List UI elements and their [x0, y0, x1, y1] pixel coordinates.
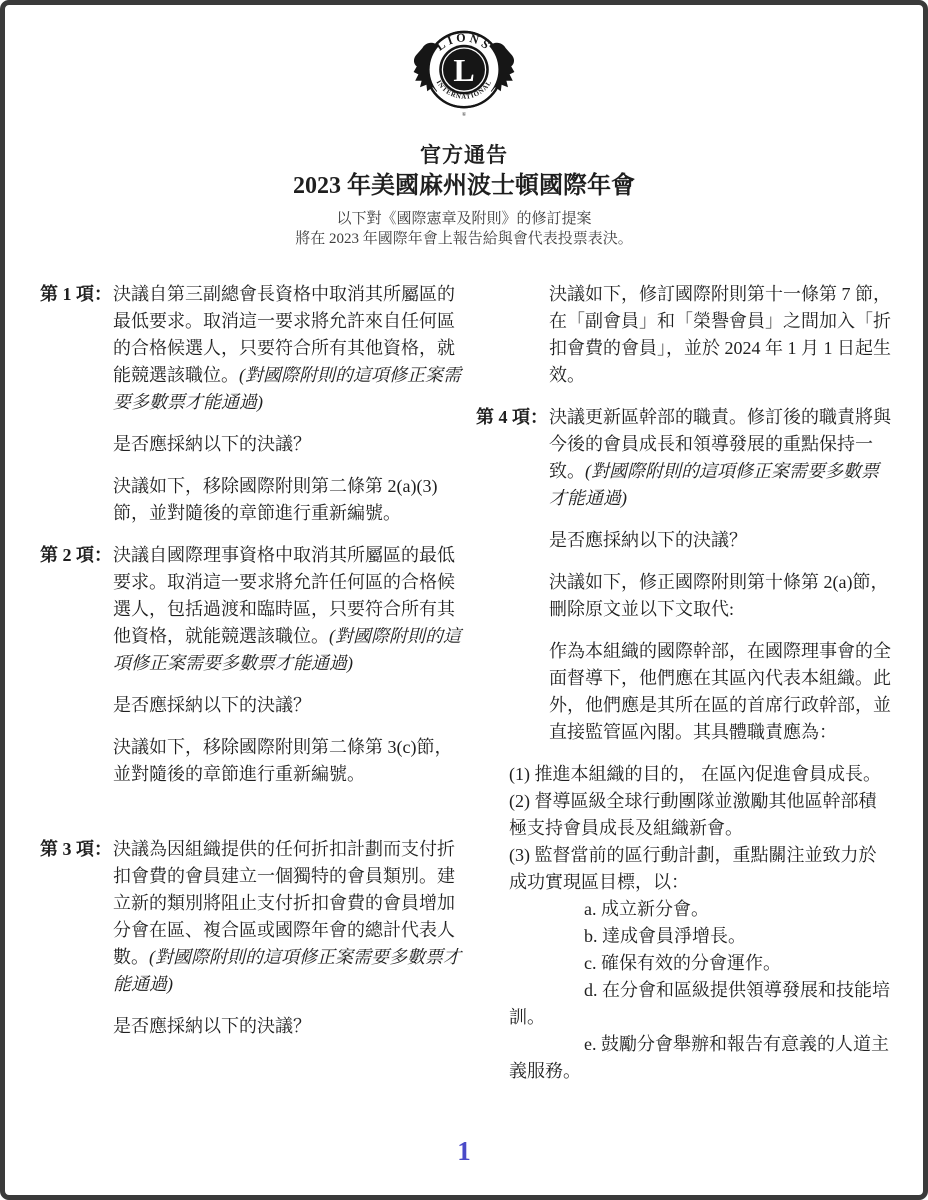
item-2-label: 第 2 項： — [40, 542, 112, 569]
document-subtitle: 以下對《國際憲章及附則》的修訂提案 將在 2023 年國際年會上報告給與會代表投… — [5, 209, 923, 249]
goals-list: a. 成立新分會。 b. 達成會員淨增長。 c. 確保有效的分會運作。 d. 在… — [476, 896, 893, 1085]
duty-1: (1) 推進本組織的目的， 在區內促進會員成長。 — [476, 761, 893, 788]
item-4-resolution: 決議如下，修正國際附則第十條第 2(a)節，刪除原文並以下文取代: — [476, 569, 893, 623]
goal-d: d. 在分會和區級提供領導發展和技能培訓。 — [476, 977, 893, 1031]
page-number: 1 — [5, 1136, 923, 1167]
convention-title: 2023 年美國麻州波士頓國際年會 — [5, 165, 923, 200]
duty-2: (2) 督導區級全球行動團隊並激勵其他區幹部積極支持會員成長及組織新會。 — [476, 788, 893, 842]
item-2-question: 是否應採納以下的決議？ — [40, 692, 466, 719]
item-4-label: 第 4 項： — [476, 404, 548, 431]
item-2-resolution: 決議如下，移除國際附則第二條第 3(c)節，並對隨後的章節進行重新編號。 — [40, 734, 466, 788]
item-3-note: (對國際附則的這項修正案需要多數票才能通過) — [113, 947, 461, 994]
lions-logo-graphic: L LIONS INTERNATIONAL ® — [408, 23, 520, 121]
item-3: 第 3 項：決議為因組織提供的任何折扣計劃而支付折扣會費的會員建立一個獨特的會員… — [40, 836, 466, 998]
right-column: 決議如下，修訂國際附則第十一條第 7 節，在「副會員」和「榮譽會員」之間加入「折… — [476, 281, 893, 1085]
item-1-question: 是否應採納以下的決議？ — [40, 431, 466, 458]
item-4: 第 4 項：決議更新區幹部的職責。修訂後的職責將與今後的會員成長和領導發展的重點… — [476, 404, 893, 512]
duties-list: (1) 推進本組織的目的， 在區內促進會員成長。 (2) 督導區級全球行動團隊並… — [476, 761, 893, 896]
item-1: 第 1 項：決議自第三副總會長資格中取消其所屬區的最低要求。取消這一要求將允許來… — [40, 281, 466, 416]
item-1-label: 第 1 項： — [40, 281, 112, 308]
document-page: L LIONS INTERNATIONAL ® 官方通告 2023 年美國麻州波… — [0, 0, 928, 1200]
logo-letter-l: L — [453, 52, 474, 88]
lions-international-logo: L LIONS INTERNATIONAL ® — [408, 23, 520, 126]
item-4-note: (對國際附則的這項修正案需要多數票才能通過) — [549, 461, 879, 508]
goal-c: c. 確保有效的分會運作。 — [476, 950, 893, 977]
goal-e: e. 鼓勵分會舉辦和報告有意義的人道主義服務。 — [476, 1031, 893, 1085]
replacement-text: 作為本組織的國際幹部，在國際理事會的全面督導下，他們應在其區內代表本組織。此外，… — [476, 638, 893, 746]
goal-b: b. 達成會員淨增長。 — [476, 923, 893, 950]
item-3-resolution: 決議如下，修訂國際附則第十一條第 7 節，在「副會員」和「榮譽會員」之間加入「折… — [476, 281, 893, 389]
subtitle-line-2: 將在 2023 年國際年會上報告給與會代表投票表決。 — [5, 229, 923, 249]
item-1-resolution: 決議如下，移除國際附則第二條第 2(a)(3) 節，並對隨後的章節進行重新編號。 — [40, 473, 466, 527]
item-2: 第 2 項：決議自國際理事資格中取消其所屬區的最低要求。取消這一要求將允許任何區… — [40, 542, 466, 677]
item-3-question: 是否應採納以下的決議？ — [40, 1013, 466, 1040]
item-3-label: 第 3 項： — [40, 836, 112, 863]
logo-registered-mark: ® — [462, 111, 467, 118]
left-column: 第 1 項：決議自第三副總會長資格中取消其所屬區的最低要求。取消這一要求將允許來… — [40, 281, 466, 1085]
duty-3: (3) 監督當前的區行動計劃，重點關注並致力於成功實現區目標，以： — [476, 842, 893, 896]
document-body: 第 1 項：決議自第三副總會長資格中取消其所屬區的最低要求。取消這一要求將允許來… — [40, 281, 893, 1085]
subtitle-line-1: 以下對《國際憲章及附則》的修訂提案 — [5, 209, 923, 229]
item-4-question: 是否應採納以下的決議？ — [476, 527, 893, 554]
goal-a: a. 成立新分會。 — [476, 896, 893, 923]
